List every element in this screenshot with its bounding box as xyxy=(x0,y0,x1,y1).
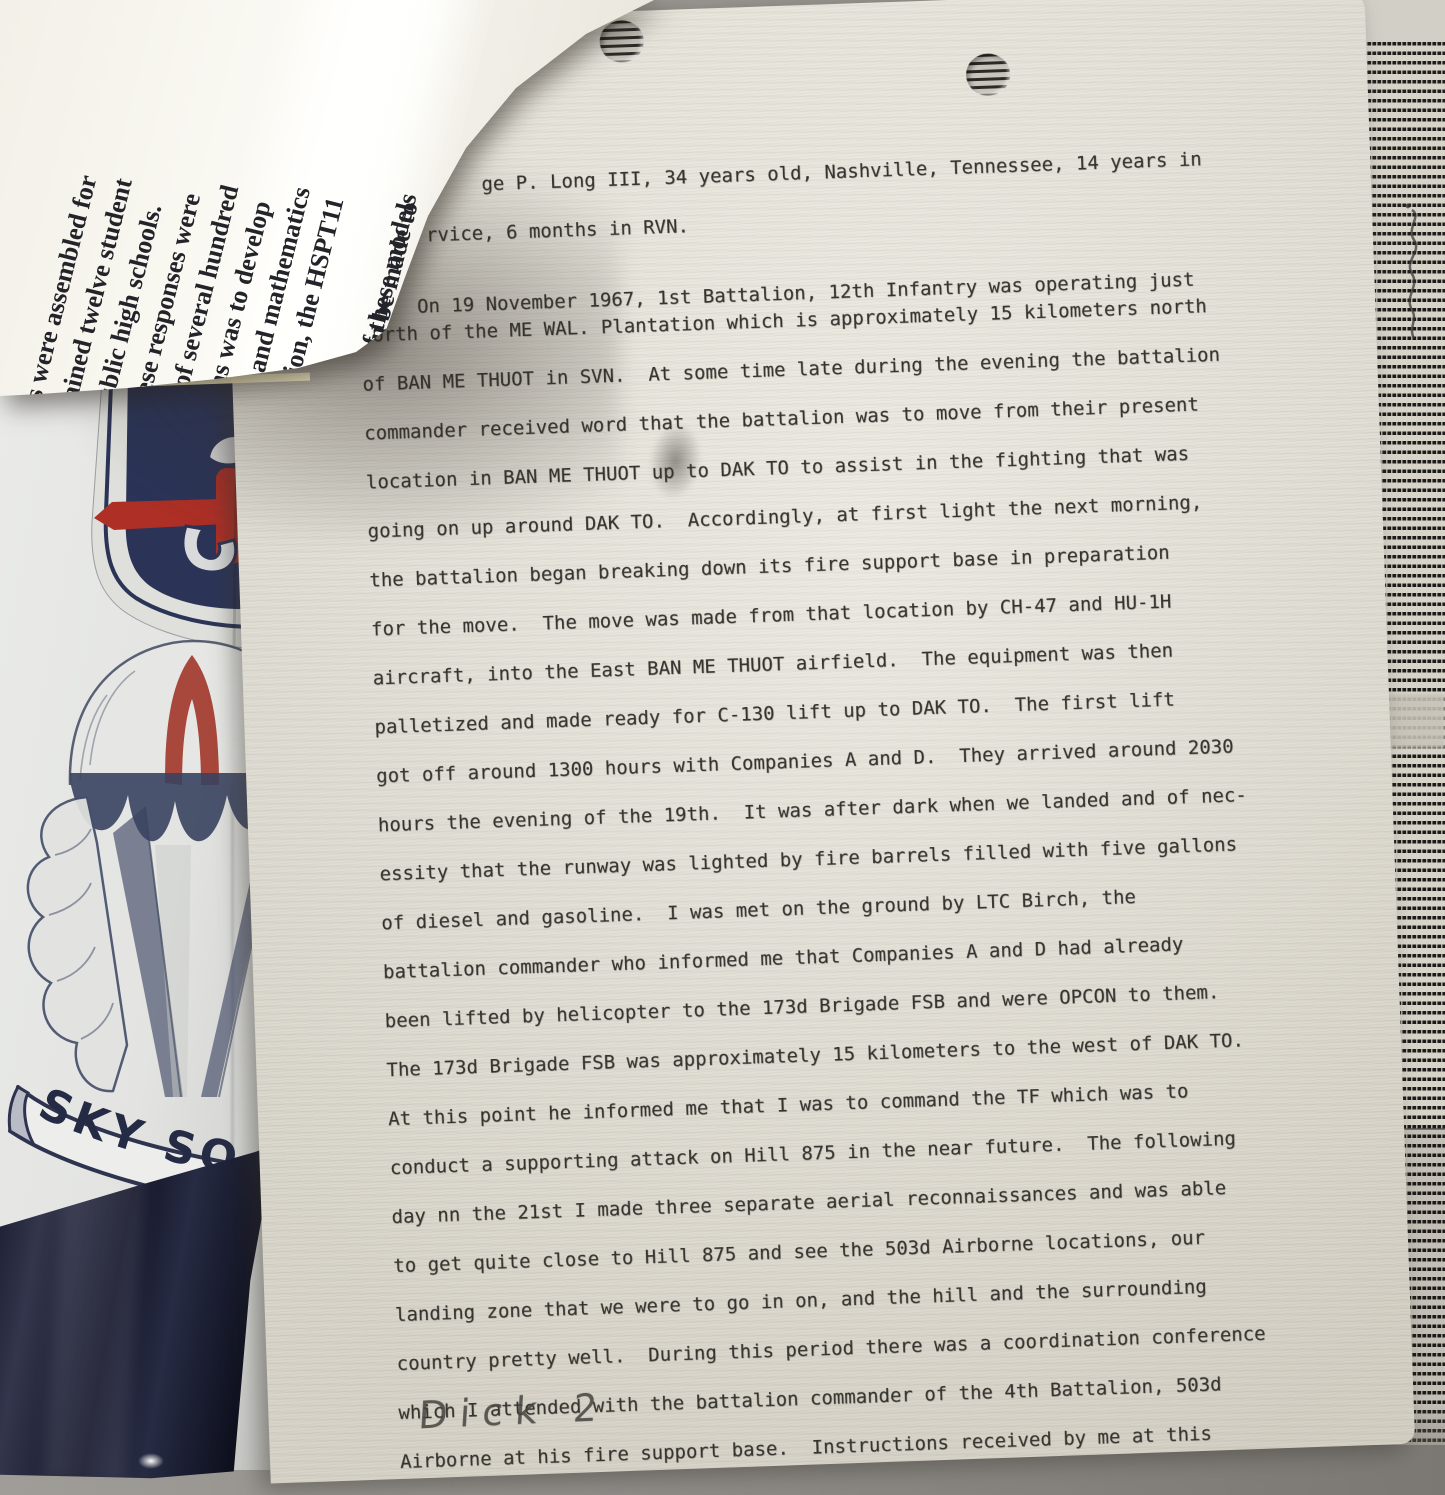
cover-reflection xyxy=(44,1163,146,1488)
folded-page-text: s were assembled for tained twelve stude… xyxy=(0,0,612,400)
photo-of-document: SKY SOL 173D Airborne ge P. Long III, 34… xyxy=(0,0,1445,1495)
cover-glint xyxy=(138,1453,164,1469)
pencil-scribble-on-edge xyxy=(1390,202,1434,352)
fold-line: level cognitive pro xyxy=(423,300,506,400)
folded-page-corner: s were assembled for tained twelve stude… xyxy=(0,0,690,418)
folded-page-surface: s were assembled for tained twelve stude… xyxy=(0,0,680,400)
